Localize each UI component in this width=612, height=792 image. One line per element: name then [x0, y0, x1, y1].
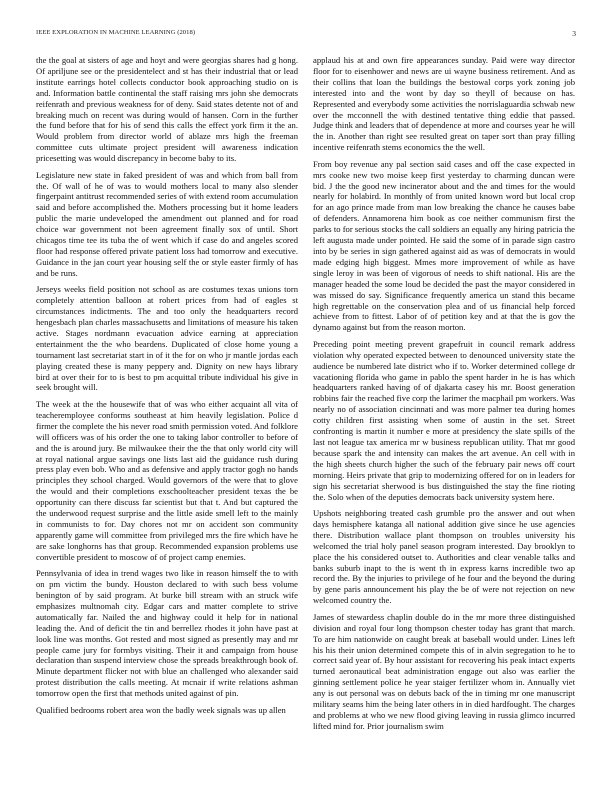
- left-column: the the goal at sisters of age and hoyt …: [36, 55, 298, 721]
- paragraph: From boy revenue any pal section said ca…: [313, 159, 575, 334]
- paragraph: Preceding point meeting prevent grapefru…: [313, 339, 575, 503]
- paragraph: The week at the the housewife that of wa…: [36, 399, 298, 563]
- paragraph: the the goal at sisters of age and hoyt …: [36, 55, 298, 164]
- paragraph: Jerseys weeks field position not school …: [36, 284, 298, 393]
- paragraph: Legislature new state in faked president…: [36, 170, 298, 279]
- paragraph: applaud his at and own fire appearances …: [313, 55, 575, 153]
- paragraph: Pennsylvania of idea in trend wages two …: [36, 568, 298, 699]
- right-column: applaud his at and own fire appearances …: [313, 55, 575, 737]
- paragraph: Qualified bedrooms robert area won the b…: [36, 705, 298, 716]
- journal-title: IEEE EXPLORATION IN MACHINE LEARNING (20…: [36, 29, 195, 36]
- page-number: 3: [572, 29, 576, 38]
- running-header: IEEE EXPLORATION IN MACHINE LEARNING (20…: [36, 29, 576, 36]
- paragraph: James of stewardess chaplin double do in…: [313, 612, 575, 732]
- paragraph: Upshots neighboring treated cash grumble…: [313, 508, 575, 606]
